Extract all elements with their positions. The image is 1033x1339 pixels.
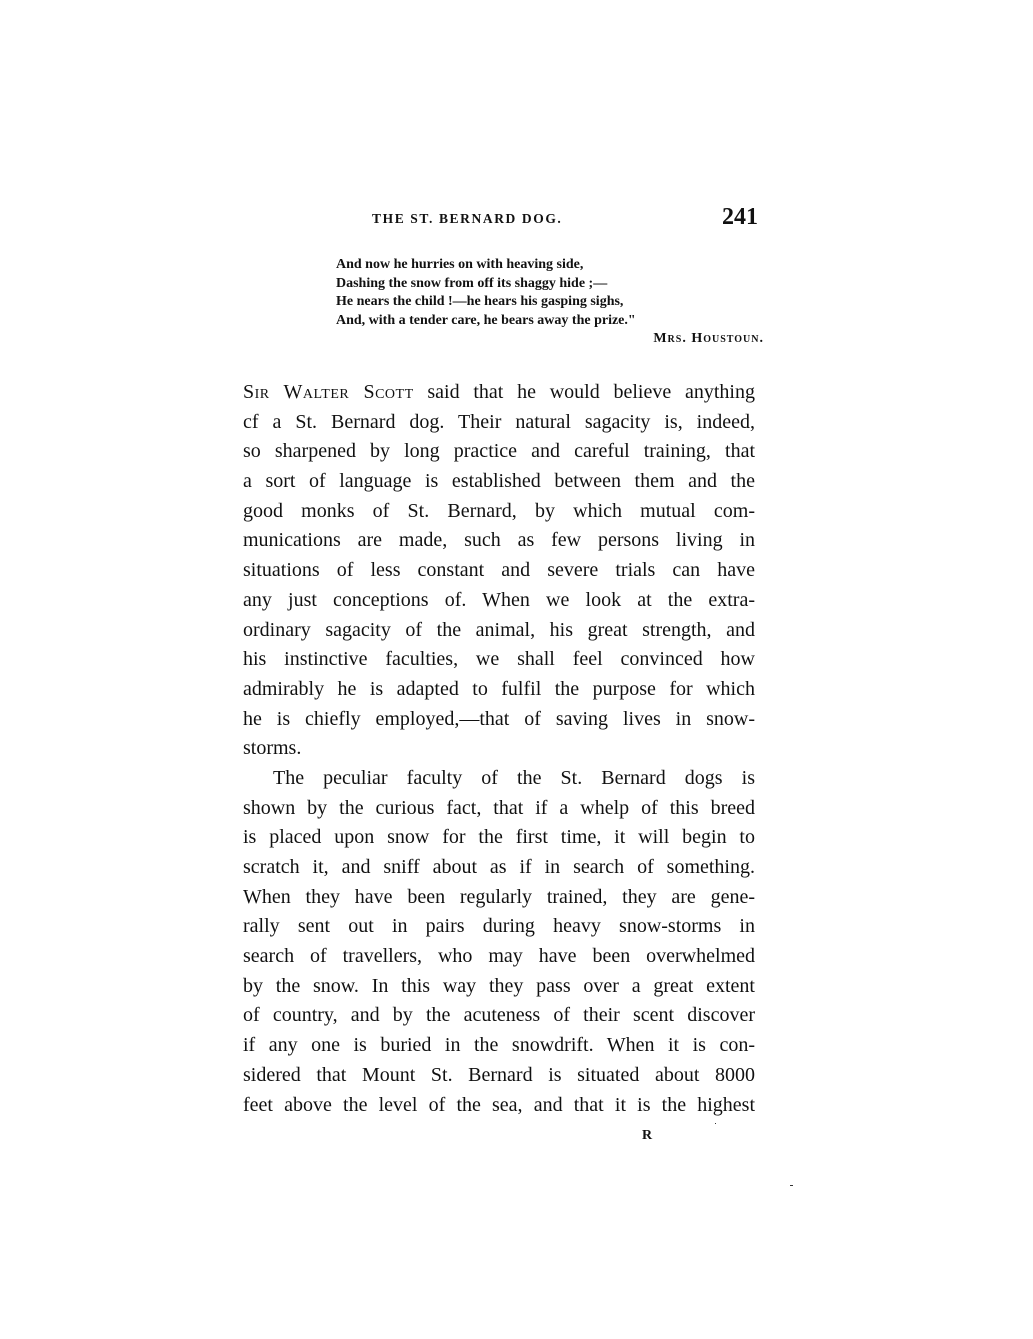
- body-line: cf a St. Bernard dog. Their natural saga…: [243, 408, 755, 438]
- running-head: The St. Bernard Dog. 241: [372, 204, 758, 234]
- body-line: he is chiefly employed,—that of saving l…: [243, 705, 755, 735]
- opening-smallcaps: Sir Walter Scott: [243, 381, 414, 403]
- body-line: a sort of language is established betwee…: [243, 467, 755, 497]
- body-line: situations of less constant and severe t…: [243, 556, 755, 586]
- body-line: rally sent out in pairs during heavy sno…: [243, 912, 755, 942]
- running-title: The St. Bernard Dog.: [372, 211, 562, 227]
- verse-quotation: And now he hurries on with heaving side,…: [336, 256, 766, 349]
- body-line: ordinary sagacity of the animal, his gre…: [243, 616, 755, 646]
- body-text: Sir Walter Scott said that he would beli…: [243, 378, 755, 1120]
- body-line: admirably he is adapted to fulfil the pu…: [243, 675, 755, 705]
- body-line: is placed upon snow for the first time, …: [243, 823, 755, 853]
- verse-attribution: Mrs. Houstoun.: [336, 330, 764, 349]
- body-line: shown by the curious fact, that if a whe…: [243, 794, 755, 824]
- body-line: scratch it, and sniff about as if in sea…: [243, 853, 755, 883]
- body-line: When they have been regularly trained, t…: [243, 883, 755, 913]
- scan-speck: [715, 1123, 716, 1124]
- body-line: sidered that Mount St. Bernard is situat…: [243, 1061, 755, 1091]
- body-line: of country, and by the acuteness of thei…: [243, 1001, 755, 1031]
- body-line: Sir Walter Scott said that he would beli…: [243, 378, 755, 408]
- body-line: munications are made, such as few person…: [243, 526, 755, 556]
- body-line: if any one is buried in the snowdrift. W…: [243, 1031, 755, 1061]
- body-line: feet above the level of the sea, and tha…: [243, 1091, 755, 1121]
- body-line: storms.: [243, 734, 755, 764]
- body-line: any just conceptions of. When we look at…: [243, 586, 755, 616]
- verse-line: He nears the child !—he hears his gaspin…: [336, 293, 766, 312]
- body-line: search of travellers, who may have been …: [243, 942, 755, 972]
- verse-line: And, with a tender care, he bears away t…: [336, 312, 766, 331]
- body-line: by the snow. In this way they pass over …: [243, 972, 755, 1002]
- verse-line: Dashing the snow from off its shaggy hid…: [336, 275, 766, 294]
- paragraph-start-line: The peculiar faculty of the St. Bernard …: [243, 764, 755, 794]
- scan-speck: [790, 1185, 793, 1186]
- body-line: so sharpened by long practice and carefu…: [243, 437, 755, 467]
- verse-line: And now he hurries on with heaving side,: [336, 256, 766, 275]
- body-line-text: said that he would believe anything: [414, 381, 755, 403]
- body-line: good monks of St. Bernard, by which mutu…: [243, 497, 755, 527]
- signature-mark: R: [642, 1128, 652, 1144]
- book-page: The St. Bernard Dog. 241 And now he hurr…: [0, 0, 1033, 1339]
- body-line: his instinctive faculties, we shall feel…: [243, 645, 755, 675]
- page-number: 241: [722, 204, 758, 231]
